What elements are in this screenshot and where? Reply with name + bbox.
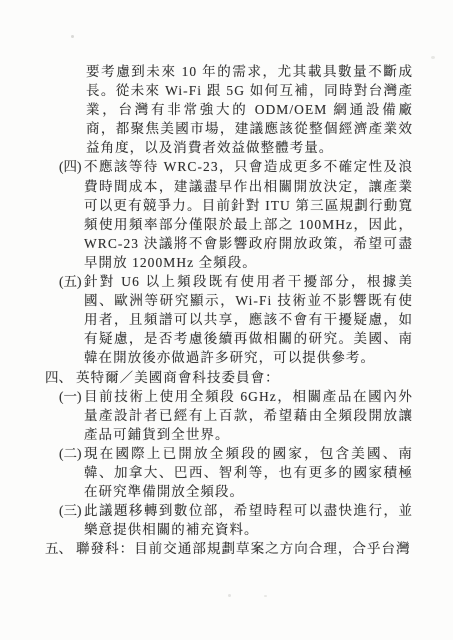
scan-speck [431,56,435,59]
scan-speck [71,35,74,38]
para-continuation: 要考慮到未來 10 年的需求，尤其載具數量不斷成長。從未來 Wi-Fi 跟 5G… [45,62,413,157]
section-intel-chamber-marker: 四、 [45,368,72,387]
scan-speck [228,594,231,597]
scanned-document-page: 要考慮到未來 10 年的需求，尤其載具數量不斷成長。從未來 Wi-Fi 跟 5G… [0,0,453,640]
item-1: (一) 目前技術上使用全頻段 6GHz，相關產品在國內外量產設計者已經有上百款，… [45,387,413,444]
item-4-marker: (四) [59,157,82,176]
item-5: (五) 針對 U6 以上頻段既有使用者干擾部分，根據美國、歐洲等研究顯示，Wi-… [45,272,413,367]
item-5-text: 針對 U6 以上頻段既有使用者干擾部分，根據美國、歐洲等研究顯示，Wi-Fi 技… [84,274,413,365]
item-1-marker: (一) [59,387,82,406]
scan-speck [264,595,267,597]
item-2: (二) 現在國際上已開放全頻段的國家，包含美國、南韓、加拿大、巴西、智利等，也有… [45,444,413,501]
section-intel-chamber: 四、 英特爾／美國商會科技委員會： [45,368,413,387]
item-2-text: 現在國際上已開放全頻段的國家，包含美國、南韓、加拿大、巴西、智利等，也有更多的國… [84,446,413,499]
section-intel-chamber-text: 英特爾／美國商會科技委員會： [76,370,280,385]
section-mediatek-marker: 五、 [45,539,72,558]
item-4: (四) 不應該等待 WRC-23，只會造成更多不確定性及浪費時間成本，建議盡早作… [45,157,413,272]
item-2-marker: (二) [59,444,82,463]
document-body-text: 要考慮到未來 10 年的需求，尤其載具數量不斷成長。從未來 Wi-Fi 跟 5G… [45,62,413,558]
section-mediatek-text: 聯發科：目前交通部規劃草案之方向合理，合乎台灣 [76,541,411,556]
item-3: (三) 此議題移轉到數位部，希望時程可以盡快進行，並樂意提供相關的補充資料。 [45,501,413,539]
item-5-marker: (五) [59,272,82,291]
item-4-text: 不應該等待 WRC-23，只會造成更多不確定性及浪費時間成本，建議盡早作出相關開… [84,159,413,269]
item-3-marker: (三) [59,501,82,520]
para-continuation-text: 要考慮到未來 10 年的需求，尤其載具數量不斷成長。從未來 Wi-Fi 跟 5G… [86,64,413,155]
item-1-text: 目前技術上使用全頻段 6GHz，相關產品在國內外量產設計者已經有上百款，希望藉由… [84,389,413,442]
item-3-text: 此議題移轉到數位部，希望時程可以盡快進行，並樂意提供相關的補充資料。 [84,503,413,537]
section-mediatek: 五、 聯發科：目前交通部規劃草案之方向合理，合乎台灣 [45,539,413,558]
